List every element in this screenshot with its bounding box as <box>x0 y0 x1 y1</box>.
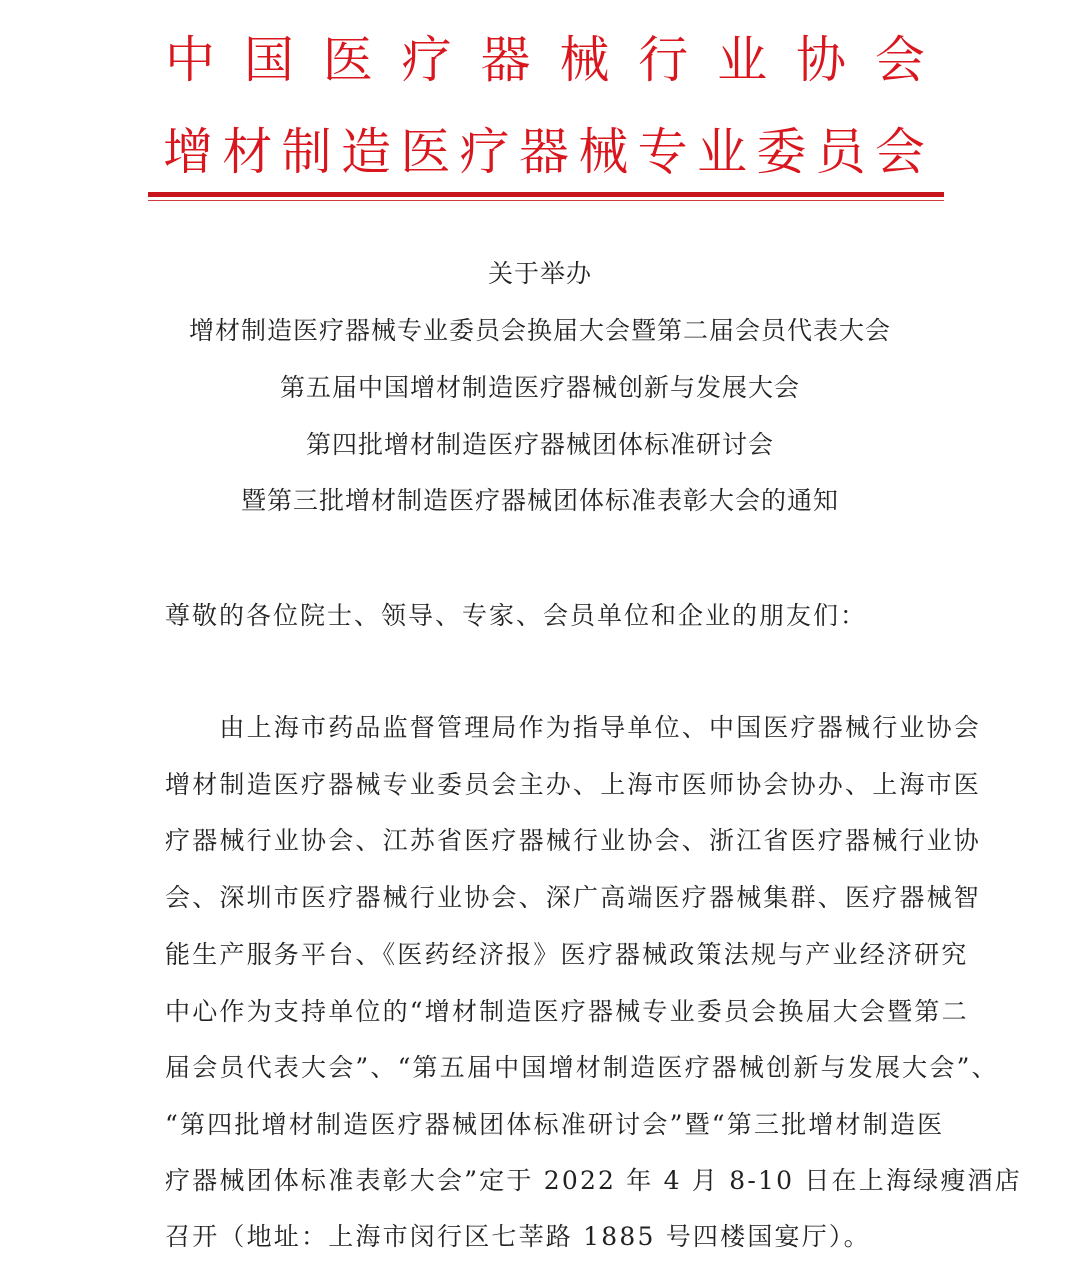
letterhead-char: 国 <box>244 30 294 90</box>
body-line: 由上海市药品监督管理局作为指导单位、中国医疗器械行业协会 <box>165 713 917 743</box>
letterhead-char: 业 <box>717 30 767 90</box>
letterhead-char: 疗 <box>460 122 510 182</box>
body-line: 中心作为支持单位的“增材制造医疗器械专业委员会换届大会暨第二 <box>165 997 917 1027</box>
letterhead-char: 材 <box>222 122 272 182</box>
letterhead-char: 疗 <box>402 30 452 90</box>
title-line: 暨第三批增材制造医疗器械团体标准表彰大会的通知 <box>0 486 1080 516</box>
salutation: 尊敬的各位院士、领导、专家、会员单位和企业的朋友们： <box>165 601 867 631</box>
letterhead-char: 专 <box>638 122 688 182</box>
letterhead-char: 员 <box>816 122 866 182</box>
letterhead-char: 器 <box>519 122 569 182</box>
letterhead-char: 会 <box>875 30 925 90</box>
body-line: 增材制造医疗器械专业委员会主办、上海市医师协会协办、上海市医 <box>165 770 917 800</box>
body-line: 能生产服务平台、《医药经济报》医疗器械政策法规与产业经济研究 <box>165 940 917 970</box>
title-line: 第四批增材制造医疗器械团体标准研讨会 <box>0 430 1080 460</box>
letterhead-char: 医 <box>323 30 373 90</box>
letterhead-char: 会 <box>875 122 925 182</box>
body-line: 会、深圳市医疗器械行业协会、深广高端医疗器械集群、医疗器械智 <box>165 883 917 913</box>
letterhead-char: 中 <box>165 30 215 90</box>
letterhead-char: 制 <box>282 122 332 182</box>
body-line: 疗器械团体标准表彰大会”定于 2022 年 4 月 8-10 日在上海绿瘦酒店 <box>165 1166 917 1196</box>
letterhead-char: 协 <box>796 30 846 90</box>
body-line: 召开（地址：上海市闵行区七莘路 1885 号四楼国宴厅）。 <box>165 1222 917 1252</box>
letterhead-char: 械 <box>578 122 628 182</box>
body-line: 疗器械行业协会、江苏省医疗器械行业协会、浙江省医疗器械行业协 <box>165 826 917 856</box>
letterhead-divider-thick <box>148 192 944 197</box>
body-line: 届会员代表大会”、“第五届中国增材制造医疗器械创新与发展大会”、 <box>165 1053 917 1083</box>
letterhead-divider-thin <box>148 200 944 201</box>
title-line: 增材制造医疗器械专业委员会换届大会暨第二届会员代表大会 <box>0 316 1080 346</box>
letterhead-char: 增 <box>163 122 213 182</box>
letterhead-char: 委 <box>756 122 806 182</box>
letterhead-char: 器 <box>481 30 531 90</box>
title-line: 第五届中国增材制造医疗器械创新与发展大会 <box>0 373 1080 403</box>
title-line: 关于举办 <box>0 259 1080 289</box>
letterhead-char: 械 <box>559 30 609 90</box>
letterhead-char: 行 <box>638 30 688 90</box>
letterhead-char: 医 <box>400 122 450 182</box>
letterhead-char: 造 <box>341 122 391 182</box>
letterhead-line-1: 中 国 医 疗 器 械 行 业 协 会 <box>165 30 925 90</box>
letterhead-line-2: 增 材 制 造 医 疗 器 械 专 业 委 员 会 <box>163 122 925 182</box>
letterhead-char: 业 <box>697 122 747 182</box>
body-line: “第四批增材制造医疗器械团体标准研讨会”暨“第三批增材制造医 <box>165 1110 917 1140</box>
